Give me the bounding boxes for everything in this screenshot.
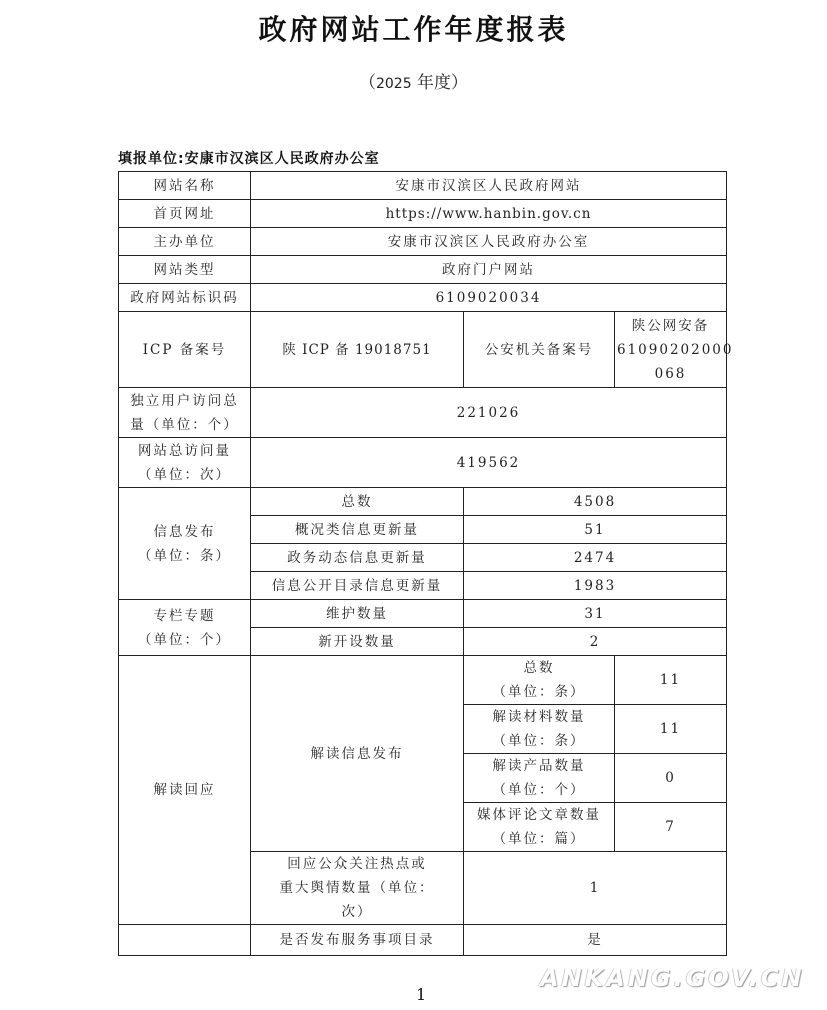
police-record-line3: 068	[617, 362, 724, 386]
table-row: 首页网址 https://www.hanbin.gov.cn	[119, 200, 727, 228]
table-row: 是否发布服务事项目录 是	[119, 925, 727, 956]
response-label: 回应公众关注热点或 重大舆情数量（单位： 次）	[251, 852, 464, 925]
service-blank-cell	[119, 925, 251, 956]
total-visits-label-line2: （单位：次）	[121, 463, 248, 487]
icp-label: ICP 备案号	[119, 312, 251, 388]
columns-row-value: 31	[464, 600, 727, 628]
interpretation-row-label: 解读产品数量 （单位：个）	[464, 754, 615, 803]
info-publish-row-label: 信息公开目录信息更新量	[251, 572, 464, 600]
sponsor-value: 安康市汉滨区人民政府办公室	[251, 228, 727, 256]
table-row: 网站类型 政府门户网站	[119, 256, 727, 284]
homepage-url-value: https://www.hanbin.gov.cn	[251, 200, 727, 228]
table-row: 网站名称 安康市汉滨区人民政府网站	[119, 172, 727, 200]
interpretation-row-label-line1: 媒体评论文章数量	[466, 803, 612, 827]
report-title: 政府网站工作年度报表	[0, 8, 827, 48]
columns-row-label: 新开设数量	[251, 628, 464, 656]
interpretation-row-label: 解读材料数量 （单位：条）	[464, 705, 615, 754]
subtitle-rest: 年度）	[412, 73, 468, 93]
report-table: 网站名称 安康市汉滨区人民政府网站 首页网址 https://www.hanbi…	[118, 171, 727, 956]
columns-label-line2: （单位：个）	[121, 628, 248, 652]
police-record-line1: 陕公网安备	[617, 314, 724, 338]
total-visits-value: 419562	[251, 438, 727, 488]
columns-row-label: 维护数量	[251, 600, 464, 628]
interpretation-row-label: 媒体评论文章数量 （单位：篇）	[464, 803, 615, 852]
interpretation-sub-label: 解读信息发布	[251, 656, 464, 852]
site-type-label: 网站类型	[119, 256, 251, 284]
icp-value: 陕 ICP 备 19018751	[251, 312, 464, 388]
info-publish-row-value: 4508	[464, 488, 727, 516]
info-publish-row-value: 1983	[464, 572, 727, 600]
police-record-value: 陕公网安备 61090202000 068	[615, 312, 727, 388]
response-value: 1	[464, 852, 727, 925]
subtitle-year: 2025	[376, 76, 412, 92]
info-publish-row-value: 51	[464, 516, 727, 544]
interpretation-row-label-line2: （单位：篇）	[466, 827, 612, 851]
interpretation-row-label: 总数 （单位：条）	[464, 656, 615, 705]
table-row: 网站总访问量 （单位：次） 419562	[119, 438, 727, 488]
site-name-value: 安康市汉滨区人民政府网站	[251, 172, 727, 200]
site-type-value: 政府门户网站	[251, 256, 727, 284]
table-row: 政府网站标识码 6109020034	[119, 284, 727, 312]
info-publish-label: 信息发布 （单位：条）	[119, 488, 251, 600]
info-publish-row-value: 2474	[464, 544, 727, 572]
interpretation-row-value: 7	[615, 803, 727, 852]
info-publish-label-line1: 信息发布	[121, 520, 248, 544]
reporting-unit: 填报单位:安康市汉滨区人民政府办公室	[118, 148, 380, 168]
interpretation-row-label-line1: 解读材料数量	[466, 705, 612, 729]
page-number: 1	[416, 985, 426, 1004]
info-publish-label-line2: （单位：条）	[121, 544, 248, 568]
table-row: 主办单位 安康市汉滨区人民政府办公室	[119, 228, 727, 256]
site-id-label: 政府网站标识码	[119, 284, 251, 312]
service-value: 是	[464, 925, 727, 956]
unique-visitors-value: 221026	[251, 388, 727, 438]
police-record-label: 公安机关备案号	[464, 312, 615, 388]
table-row: ICP 备案号 陕 ICP 备 19018751 公安机关备案号 陕公网安备 6…	[119, 312, 727, 388]
report-year: （2025 年度）	[0, 68, 827, 93]
homepage-url-label: 首页网址	[119, 200, 251, 228]
response-label-line2: 重大舆情数量（单位：	[253, 876, 461, 900]
interpretation-label: 解读回应	[119, 656, 251, 925]
table-row: 专栏专题 （单位：个） 维护数量 31	[119, 600, 727, 628]
police-record-line2: 61090202000	[617, 338, 724, 362]
interpretation-row-label-line2: （单位：条）	[466, 680, 612, 704]
interpretation-row-value: 11	[615, 656, 727, 705]
interpretation-row-label-line1: 解读产品数量	[466, 754, 612, 778]
interpretation-row-value: 11	[615, 705, 727, 754]
interpretation-row-label-line2: （单位：个）	[466, 778, 612, 802]
unique-visitors-label-line2: 量（单位：个）	[121, 413, 248, 437]
interpretation-row-label-line2: （单位：条）	[466, 729, 612, 753]
response-label-line3: 次）	[253, 900, 461, 924]
total-visits-label-line1: 网站总访问量	[121, 439, 248, 463]
service-label: 是否发布服务事项目录	[251, 925, 464, 956]
table-row: 独立用户访问总 量（单位：个） 221026	[119, 388, 727, 438]
table-row: 信息发布 （单位：条） 总数 4508	[119, 488, 727, 516]
table-row: 解读回应 解读信息发布 总数 （单位：条） 11	[119, 656, 727, 705]
unique-visitors-label-line1: 独立用户访问总	[121, 389, 248, 413]
interpretation-row-label-line1: 总数	[466, 656, 612, 680]
unique-visitors-label: 独立用户访问总 量（单位：个）	[119, 388, 251, 438]
subtitle-open: （	[359, 73, 376, 93]
response-label-line1: 回应公众关注热点或	[253, 852, 461, 876]
columns-label-line1: 专栏专题	[121, 604, 248, 628]
site-id-value: 6109020034	[251, 284, 727, 312]
columns-row-value: 2	[464, 628, 727, 656]
info-publish-row-label: 总数	[251, 488, 464, 516]
info-publish-row-label: 政务动态信息更新量	[251, 544, 464, 572]
columns-label: 专栏专题 （单位：个）	[119, 600, 251, 656]
site-name-label: 网站名称	[119, 172, 251, 200]
sponsor-label: 主办单位	[119, 228, 251, 256]
info-publish-row-label: 概况类信息更新量	[251, 516, 464, 544]
interpretation-row-value: 0	[615, 754, 727, 803]
site-watermark: ANKANG.GOV.CN	[540, 964, 805, 992]
total-visits-label: 网站总访问量 （单位：次）	[119, 438, 251, 488]
